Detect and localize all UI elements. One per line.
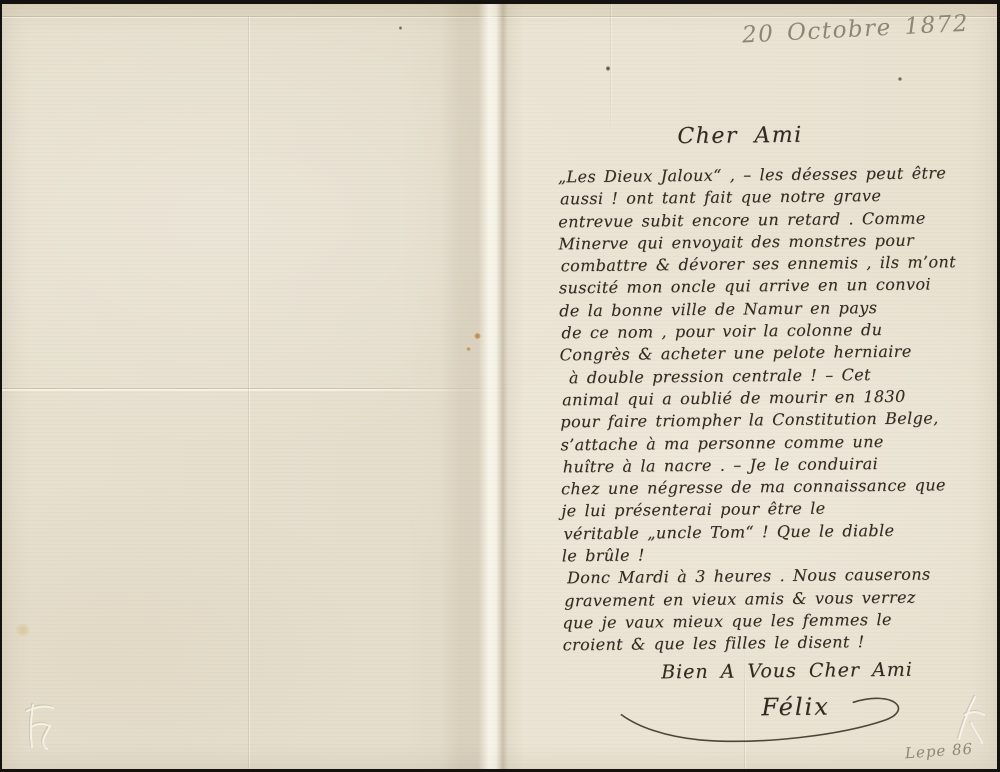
letter-line: pour faire triompher la Constitution Bel… — [560, 407, 994, 434]
scanned-letter: 20 Octobre 1872 Lepe 86 Cher Ami „Les Di… — [0, 0, 1000, 772]
letter-paper-bifolium: 20 Octobre 1872 Lepe 86 Cher Ami „Les Di… — [2, 4, 997, 769]
letter-text-block: Cher Ami „Les Dieux Jaloux“ , – les dées… — [0, 0, 1000, 772]
letter-salutation: Cher Ami — [677, 123, 803, 149]
letter-signature: Félix — [761, 693, 830, 722]
letter-line: suscité mon oncle qui arrive en un convo… — [559, 273, 993, 300]
letter-body: „Les Dieux Jaloux“ , – les déesses peut … — [558, 162, 997, 657]
letter-line: croient & que les filles le disent ! — [563, 630, 997, 657]
letter-closing: Bien A Vous Cher Ami — [637, 658, 937, 683]
